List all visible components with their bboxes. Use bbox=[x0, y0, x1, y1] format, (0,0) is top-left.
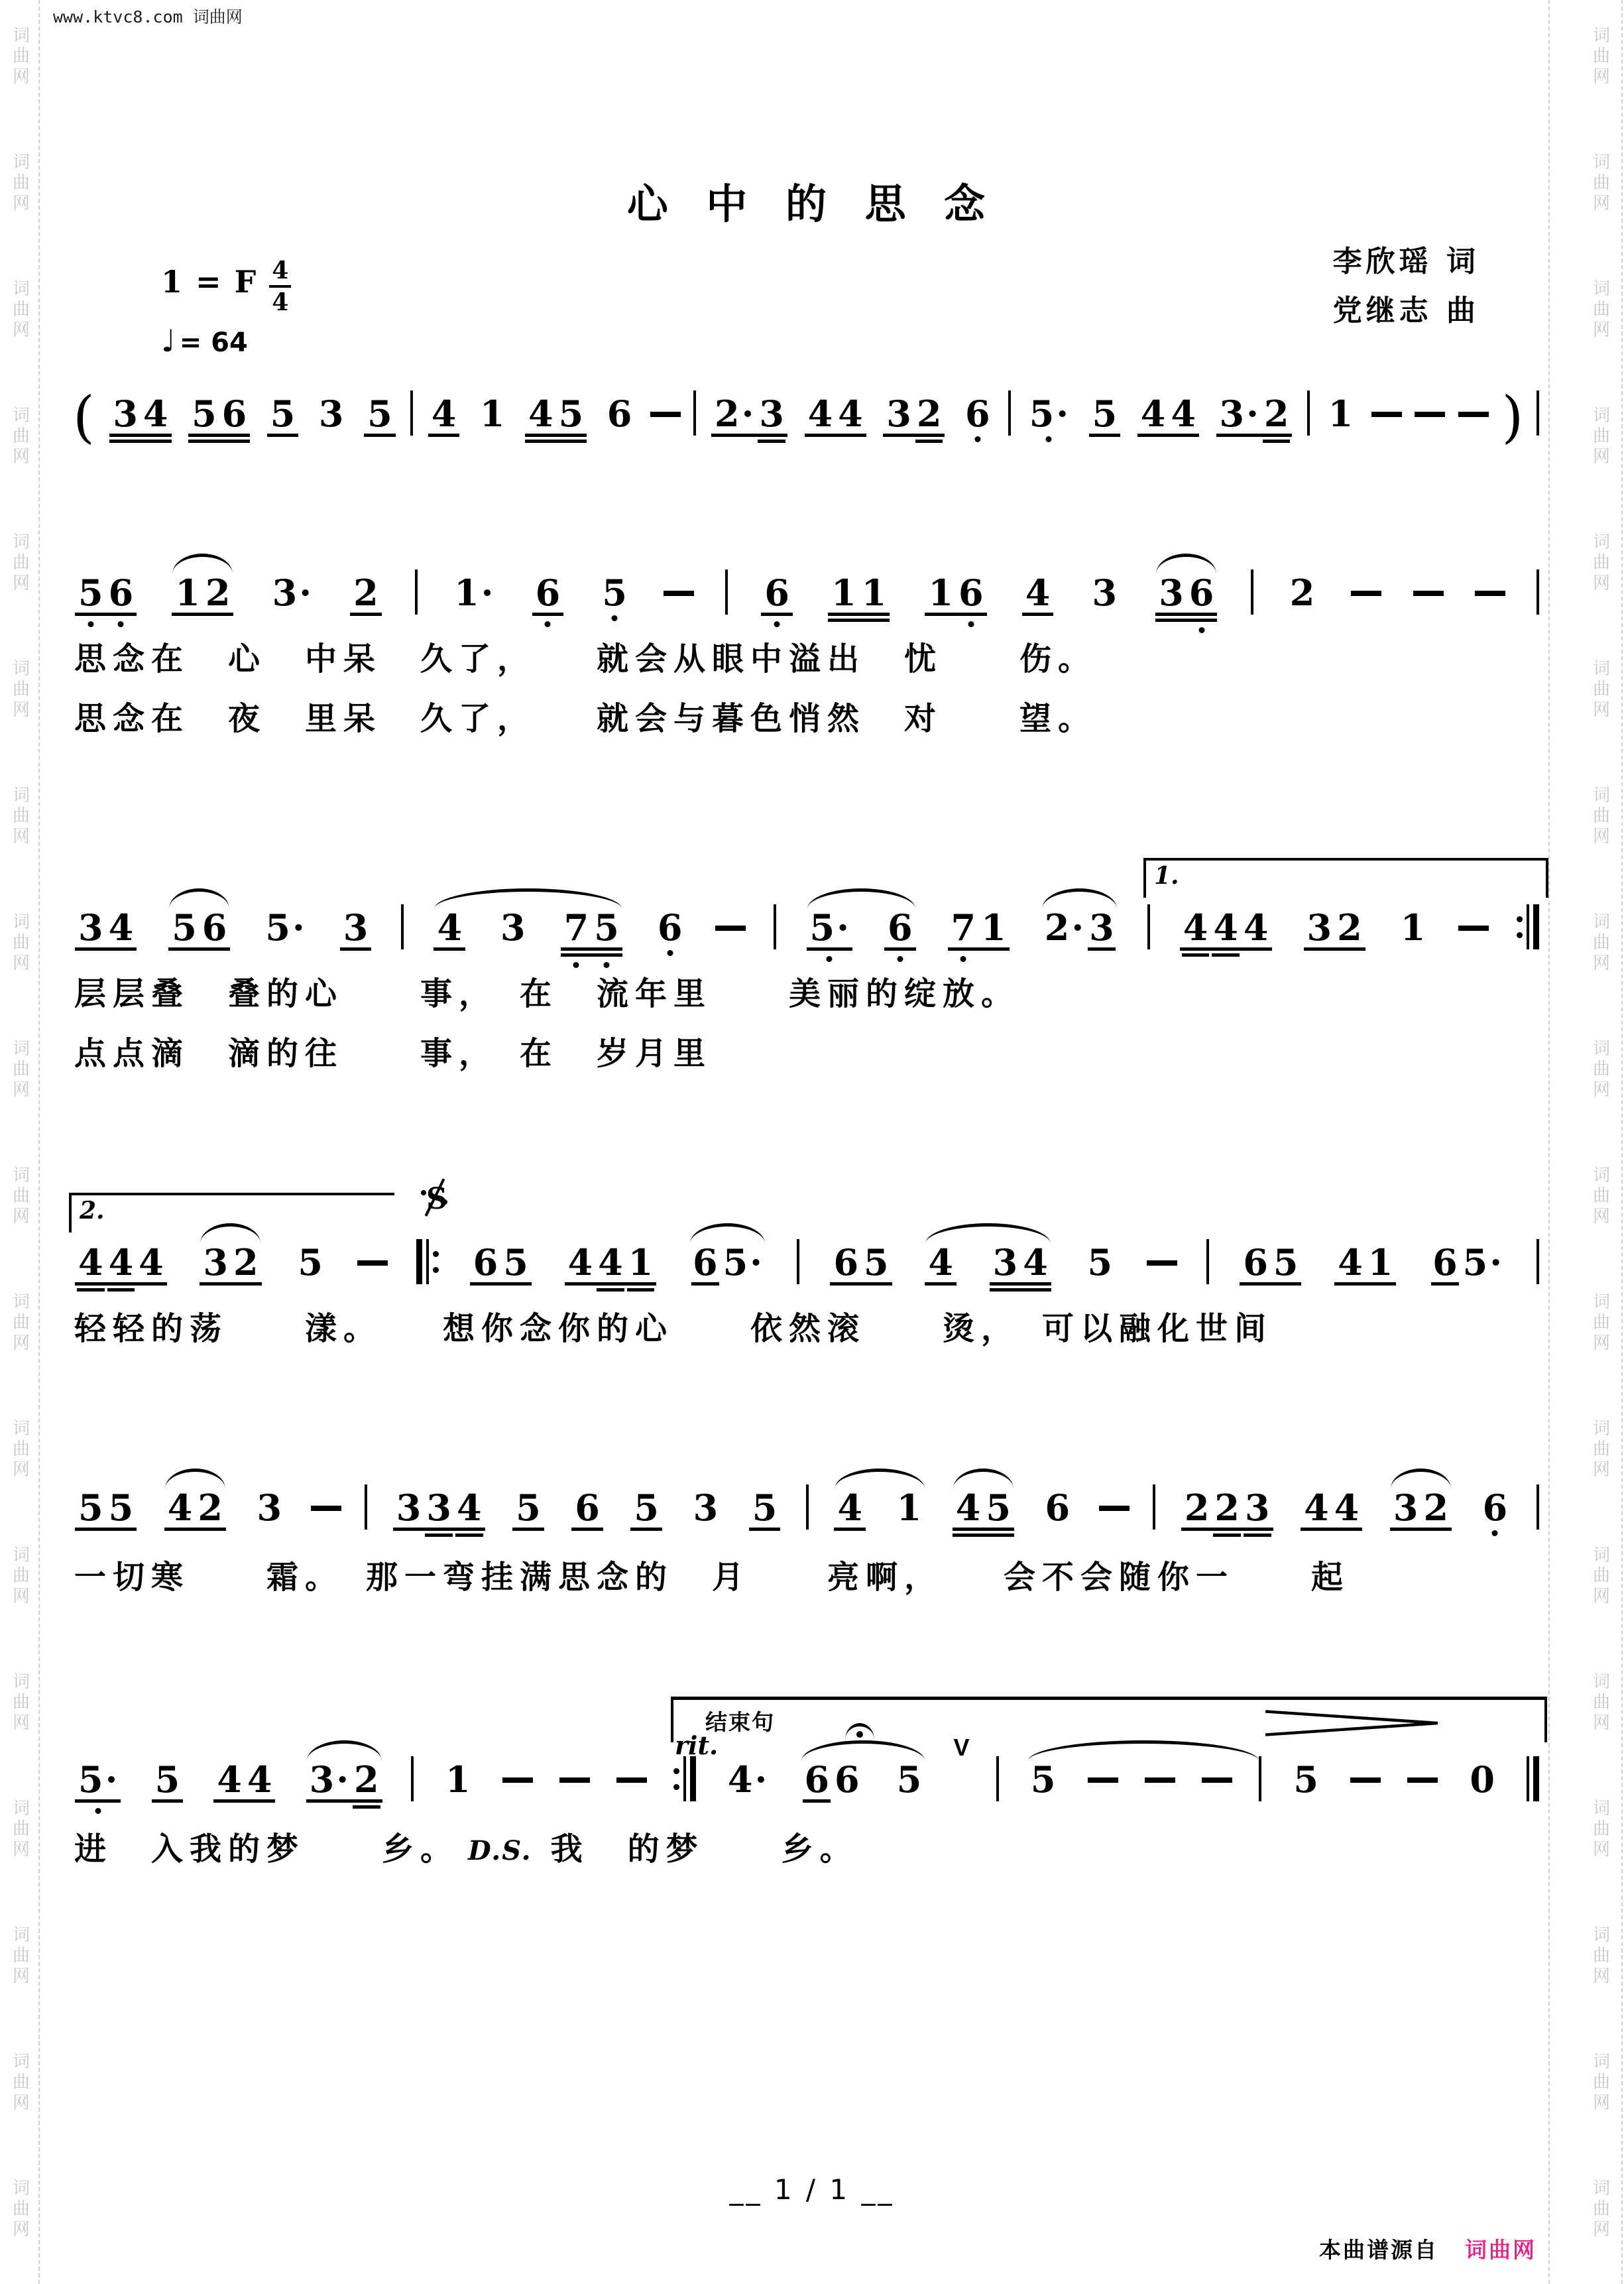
note: 6 bbox=[655, 910, 685, 945]
note: 6 bbox=[885, 910, 915, 945]
note: 5 bbox=[1271, 1244, 1301, 1280]
duration-dash bbox=[1415, 412, 1445, 417]
duration-dash bbox=[311, 1506, 341, 1511]
note-group: 11 bbox=[826, 575, 892, 633]
octave-dot-low bbox=[827, 956, 833, 962]
barline bbox=[1008, 391, 1011, 436]
octave-dot-low bbox=[95, 1808, 101, 1814]
note: 5 bbox=[365, 396, 395, 432]
note: 6 bbox=[762, 575, 792, 611]
note: 5 bbox=[1291, 1762, 1321, 1797]
barline bbox=[401, 904, 404, 949]
note: 4 bbox=[925, 1244, 956, 1280]
octave-dot-low bbox=[897, 956, 903, 962]
volta-bracket: 1. bbox=[1143, 858, 1548, 898]
note: 4 bbox=[565, 1244, 596, 1280]
watermark-text: 词曲网 bbox=[1584, 1165, 1619, 1227]
duration-dash bbox=[650, 412, 681, 417]
duration-dash bbox=[559, 1777, 590, 1783]
note-group: 0 bbox=[1464, 1762, 1500, 1820]
note-group: 32 bbox=[1302, 910, 1367, 968]
note-group: 5 bbox=[1025, 1762, 1061, 1820]
watermark-text: 词曲网 bbox=[4, 1798, 38, 1860]
barline bbox=[1206, 1239, 1209, 1284]
barline bbox=[1259, 1756, 1261, 1801]
note-group: 6 bbox=[960, 396, 996, 454]
note-group: 32 bbox=[881, 396, 947, 454]
note: 4 bbox=[835, 396, 866, 432]
note: 1 bbox=[443, 1762, 473, 1797]
volta-label: 1. bbox=[1146, 861, 1179, 890]
note: 3 bbox=[1391, 1490, 1421, 1526]
music-line-2: 34565·3437565·6712·34443211. bbox=[73, 842, 1539, 968]
page-number: __ 1 / 1 __ bbox=[0, 2173, 1624, 2206]
meter-numerator: 4 bbox=[269, 257, 291, 288]
note: 3 bbox=[1242, 1490, 1273, 1526]
note-group: 5 bbox=[892, 1762, 927, 1820]
note-group: 6 bbox=[602, 396, 638, 454]
note: 2 bbox=[1421, 1490, 1451, 1526]
note: 1· bbox=[451, 575, 496, 611]
slur-arc bbox=[307, 1740, 382, 1761]
note-group: 6 bbox=[1040, 1490, 1076, 1548]
lyrics-verse2-line2: 点点滴 滴的往 事， 在 岁月里 bbox=[74, 1028, 1539, 1073]
final-barline bbox=[1527, 1756, 1539, 1801]
note: 2 bbox=[231, 1244, 261, 1280]
duration-dash bbox=[1458, 412, 1489, 417]
note: 3· bbox=[270, 575, 314, 611]
watermark-text: 词曲网 bbox=[1584, 1925, 1619, 1986]
note: 5· bbox=[1460, 1244, 1505, 1280]
note-group: 2·3 bbox=[1039, 910, 1120, 968]
repeat-start-barline bbox=[416, 1239, 439, 1284]
note-group: 6 bbox=[530, 575, 566, 633]
note: 3· bbox=[1217, 396, 1261, 432]
note: 4 bbox=[805, 396, 836, 432]
watermark-text: 词曲网 bbox=[1584, 2051, 1619, 2113]
lyrics-line4: 一切寒 霜。 那一弯挂满思念的 月 亮啊， 会不会随你一 起 bbox=[74, 1551, 1539, 1597]
music-line-4: 55423334565354145622344326 bbox=[73, 1422, 1539, 1548]
octave-dot-low bbox=[1492, 1530, 1498, 1536]
note: 6 bbox=[1187, 575, 1217, 611]
rit-marking: rit. bbox=[675, 1730, 718, 1760]
note: 2· bbox=[1042, 910, 1086, 945]
key-signature: 1 = F 4 4 bbox=[161, 264, 291, 322]
meter-denominator: 4 bbox=[272, 288, 288, 316]
source-brand: 词曲网 bbox=[1465, 2238, 1537, 2262]
note-group: 3·2 bbox=[1214, 396, 1295, 454]
note: 7 bbox=[949, 910, 979, 945]
note-group: 223 bbox=[1179, 1490, 1275, 1548]
note-group: 3· bbox=[267, 575, 317, 633]
lyrics-line3: 轻轻的荡 漾。 想你念你的心 依然滚 烫， 可以融化世间 bbox=[74, 1303, 1539, 1349]
note: 6 bbox=[962, 396, 993, 432]
note: 5 bbox=[631, 1490, 662, 1526]
duration-dash bbox=[1099, 1506, 1130, 1511]
note-group: 3 bbox=[338, 910, 374, 968]
note: 5· bbox=[76, 1762, 120, 1797]
music-line-5: 5·5443·214·665V550结束句rit. bbox=[73, 1694, 1539, 1820]
watermark-text: 词曲网 bbox=[4, 1165, 38, 1227]
note-group: 2 bbox=[348, 575, 384, 633]
credits-block: 李欣瑶 词 党继志 曲 bbox=[1333, 237, 1479, 335]
note-group: 4 bbox=[432, 910, 467, 968]
duration-dash bbox=[1202, 1777, 1232, 1783]
note: 4 bbox=[1335, 1244, 1365, 1280]
duration-dash bbox=[1371, 412, 1402, 417]
note: 4 bbox=[214, 1762, 245, 1797]
watermark-text: 词曲网 bbox=[1584, 1671, 1619, 1733]
barline bbox=[797, 1239, 799, 1284]
slur-arc bbox=[953, 1469, 1014, 1489]
note-group: 56 bbox=[186, 396, 252, 454]
note-group: 32 bbox=[198, 1244, 263, 1303]
watermark-text: 词曲网 bbox=[4, 1925, 38, 1986]
note-group: 444 bbox=[73, 1244, 169, 1303]
note: 1 bbox=[894, 1490, 925, 1526]
note-group: 5 bbox=[265, 396, 301, 454]
note: 2 bbox=[195, 1490, 225, 1526]
note: 5 bbox=[556, 396, 587, 432]
barline bbox=[410, 391, 413, 436]
note: 4 bbox=[141, 396, 171, 432]
barline bbox=[725, 570, 728, 615]
note: 2 bbox=[1212, 1490, 1242, 1526]
note-group: 65· bbox=[1427, 1244, 1507, 1303]
note: 4 bbox=[245, 1762, 275, 1797]
note: 3 bbox=[1089, 575, 1120, 611]
note-group: 1 bbox=[440, 1762, 476, 1820]
note: 1 bbox=[1398, 910, 1428, 945]
slur-arc bbox=[835, 1469, 925, 1489]
note: 4 bbox=[1241, 910, 1271, 945]
note-group: 3 bbox=[688, 1490, 724, 1548]
note: 5 bbox=[268, 396, 298, 432]
watermark-text: 词曲网 bbox=[4, 1292, 38, 1353]
duration-dash bbox=[1147, 1260, 1177, 1266]
note: 2 bbox=[1261, 396, 1292, 432]
slur-arc bbox=[801, 1740, 925, 1761]
note: 4 bbox=[1023, 575, 1053, 611]
note: 4 bbox=[835, 1490, 865, 1526]
slur-arc bbox=[165, 1469, 225, 1489]
note-group: 44 bbox=[1135, 396, 1201, 454]
key-label: 1 = F bbox=[161, 264, 257, 300]
volta-bracket: 2. bbox=[69, 1193, 394, 1232]
note: 3 bbox=[498, 910, 528, 945]
right-edge-dashed-border bbox=[1621, 0, 1623, 2284]
note: 5· bbox=[721, 1244, 765, 1280]
note: 6 bbox=[605, 396, 635, 432]
note: 6 bbox=[572, 1490, 603, 1526]
note: 6 bbox=[471, 1244, 501, 1280]
note-group: 444 bbox=[1178, 910, 1274, 968]
duration-dash bbox=[1458, 926, 1489, 931]
barline bbox=[365, 1484, 367, 1530]
repeat-end-barline bbox=[673, 1756, 696, 1801]
note-group: 5 bbox=[362, 396, 398, 454]
note: 4 bbox=[454, 1490, 485, 1526]
watermark-text: 词曲网 bbox=[1584, 1545, 1619, 1606]
note: 4 bbox=[1210, 910, 1241, 945]
note: 5 bbox=[1090, 396, 1120, 432]
note: 4 bbox=[76, 1244, 106, 1280]
note-group: 5· bbox=[73, 1762, 123, 1820]
note-group: 4 bbox=[923, 1244, 958, 1303]
watermark-text: 词曲网 bbox=[1584, 912, 1619, 973]
note: 4 bbox=[165, 1490, 196, 1526]
note: 5 bbox=[189, 396, 219, 432]
watermark-text: 词曲网 bbox=[4, 405, 38, 467]
note-group: 65 bbox=[1238, 1244, 1303, 1303]
watermark-text: 词曲网 bbox=[4, 2051, 38, 2113]
note: 3 bbox=[756, 396, 787, 432]
note: 5 bbox=[152, 1762, 183, 1797]
watermark-text: 词曲网 bbox=[4, 1671, 38, 1733]
source-prefix: 本曲谱源自 bbox=[1319, 2238, 1438, 2262]
music-line-3: 4443256544165·654345654165·2.S bbox=[73, 1177, 1539, 1303]
note: 6 bbox=[106, 575, 137, 611]
watermark-text: 词曲网 bbox=[4, 1545, 38, 1606]
note: 4· bbox=[725, 1762, 770, 1797]
right-dashed-border bbox=[1548, 0, 1550, 2284]
note-group: 16 bbox=[923, 575, 988, 633]
watermark-text: 词曲网 bbox=[1584, 405, 1619, 467]
note-group: 6 bbox=[882, 910, 918, 968]
note-group: 65 bbox=[468, 1244, 534, 1303]
lyrics-verse1-line2: 层层叠 叠的心 事， 在 流年里 美丽的绽放。 bbox=[74, 968, 1539, 1014]
watermark-text: 词曲网 bbox=[1584, 1038, 1619, 1100]
watermark-text: 词曲网 bbox=[1584, 25, 1619, 87]
octave-dot-low bbox=[545, 621, 551, 627]
note: 4 bbox=[1181, 910, 1211, 945]
note: 3 bbox=[1156, 575, 1187, 611]
note: 1 bbox=[829, 575, 859, 611]
sheet-music-page: www.ktvc8.com 词曲网 词曲网词曲网词曲网词曲网词曲网词曲网词曲网词… bbox=[0, 0, 1624, 2284]
note: 3 bbox=[341, 910, 371, 945]
note-group: 3 bbox=[1086, 575, 1122, 633]
barline bbox=[774, 904, 776, 949]
note-group: 56 bbox=[73, 575, 139, 633]
note-group: 1 bbox=[1395, 910, 1431, 968]
note-group: 1 bbox=[1323, 396, 1359, 454]
note-group: 4 bbox=[1020, 575, 1056, 633]
watermark-text: 词曲网 bbox=[1584, 1292, 1619, 1353]
barline bbox=[693, 391, 696, 436]
octave-dot-low bbox=[774, 621, 780, 627]
note-group: 4 bbox=[426, 396, 462, 454]
note-group: 3 bbox=[495, 910, 531, 968]
slur-arc bbox=[690, 1223, 765, 1244]
music-line-intro: (3456535414562·3443265·5443·21) bbox=[73, 328, 1539, 454]
note-group: 65 bbox=[828, 1244, 894, 1303]
note: 5· bbox=[262, 910, 307, 945]
note-group: 5· bbox=[260, 910, 310, 968]
barline bbox=[806, 1484, 809, 1530]
note: 5 bbox=[106, 1490, 137, 1526]
barline bbox=[1307, 391, 1310, 436]
duration-dash bbox=[664, 591, 694, 596]
watermark-right-column: 词曲网词曲网词曲网词曲网词曲网词曲网词曲网词曲网词曲网词曲网词曲网词曲网词曲网词… bbox=[1584, 0, 1619, 2284]
note: 6 bbox=[1240, 1244, 1271, 1280]
note-group: 44 bbox=[211, 1762, 277, 1820]
left-dashed-border bbox=[38, 0, 40, 2284]
note: 4 bbox=[1168, 396, 1198, 432]
note-group: 5 bbox=[1288, 1762, 1324, 1820]
note: 5 bbox=[750, 1490, 780, 1526]
note-group: 5· bbox=[1024, 396, 1074, 454]
note: 2 bbox=[1287, 575, 1318, 611]
note: 4 bbox=[106, 1244, 137, 1280]
note-group: 32 bbox=[1388, 1490, 1454, 1548]
slur-arc bbox=[925, 1223, 1051, 1244]
note: 3· bbox=[307, 1762, 351, 1797]
note: 1 bbox=[626, 1244, 656, 1280]
note: 4 bbox=[1138, 396, 1169, 432]
barline bbox=[1537, 570, 1539, 615]
segno-icon: S bbox=[421, 1178, 449, 1218]
watermark-text: 词曲网 bbox=[1584, 658, 1619, 720]
lyrics-line5: 进 入我的梦 乡。D.S.我 的梦 乡。 bbox=[74, 1823, 1539, 1869]
note: 5 bbox=[861, 1244, 892, 1280]
note: 1 bbox=[859, 575, 890, 611]
note-group: 6 bbox=[652, 910, 688, 968]
watermark-text: 词曲网 bbox=[4, 658, 38, 720]
watermark-text: 词曲网 bbox=[1584, 278, 1619, 340]
note: 6 bbox=[956, 575, 986, 611]
note: 5 bbox=[76, 1490, 106, 1526]
barline bbox=[1153, 1484, 1155, 1530]
note: 5 bbox=[169, 910, 200, 945]
decrescendo-hairpin bbox=[1265, 1709, 1438, 1738]
lyricist-credit: 李欣瑶 词 bbox=[1333, 237, 1479, 286]
barline bbox=[411, 1756, 414, 1801]
note: 5 bbox=[513, 1490, 544, 1526]
note-group: 65· bbox=[687, 1244, 768, 1303]
note: 7 bbox=[561, 910, 592, 945]
duration-dash bbox=[1350, 1777, 1381, 1783]
note: 4 bbox=[1020, 1244, 1051, 1280]
note: 4 bbox=[526, 396, 556, 432]
duration-dash bbox=[1145, 1777, 1175, 1783]
lyrics-pre: 进 入我的梦 乡。 bbox=[74, 1832, 459, 1867]
watermark-text: 词曲网 bbox=[1584, 1798, 1619, 1860]
note: 1 bbox=[172, 575, 203, 611]
note-group: 4 bbox=[832, 1490, 868, 1548]
note-group: 1· bbox=[449, 575, 498, 633]
note-group: 45 bbox=[523, 396, 589, 454]
note-group: 3 bbox=[314, 396, 349, 454]
note-group: 34 bbox=[73, 910, 139, 968]
note: 6 bbox=[1480, 1490, 1511, 1526]
note: 4 bbox=[106, 910, 137, 945]
note-group: 5 bbox=[1082, 1244, 1118, 1303]
note-group: 45 bbox=[951, 1490, 1016, 1548]
note-group: 6 bbox=[569, 1490, 605, 1548]
note: 4 bbox=[1332, 1490, 1362, 1526]
note-group: 5 bbox=[150, 1762, 186, 1820]
duration-dash bbox=[616, 1777, 647, 1783]
note: 0 bbox=[1467, 1762, 1497, 1797]
note: 3 bbox=[990, 1244, 1021, 1280]
barline bbox=[996, 1756, 999, 1801]
duration-dash bbox=[502, 1777, 533, 1783]
note-group: 3·2 bbox=[304, 1762, 384, 1820]
note: 3 bbox=[76, 910, 106, 945]
watermark-text: 词曲网 bbox=[4, 25, 38, 87]
note-group: 44 bbox=[1299, 1490, 1364, 1548]
watermark-left-column: 词曲网词曲网词曲网词曲网词曲网词曲网词曲网词曲网词曲网词曲网词曲网词曲网词曲网词… bbox=[4, 0, 38, 2284]
note: 5 bbox=[500, 1244, 531, 1280]
note-group: 5 bbox=[747, 1490, 783, 1548]
note: 6 bbox=[1430, 1244, 1460, 1280]
slur-arc bbox=[1042, 888, 1117, 909]
note: 5 bbox=[894, 1762, 925, 1797]
note: 3 bbox=[316, 396, 347, 432]
note-group: 36 bbox=[1153, 575, 1219, 633]
duration-dash bbox=[1088, 1777, 1118, 1783]
note: 4 bbox=[595, 1244, 626, 1280]
barline bbox=[1537, 1484, 1539, 1530]
slur-arc bbox=[1028, 1740, 1259, 1761]
note: 5 bbox=[1085, 1244, 1116, 1280]
watermark-text: 词曲网 bbox=[4, 912, 38, 973]
watermark-top-left: www.ktvc8.com 词曲网 bbox=[53, 4, 243, 28]
note: 4 bbox=[434, 910, 465, 945]
duration-dash bbox=[715, 926, 746, 931]
barline bbox=[415, 570, 418, 615]
note-group: 71 bbox=[946, 910, 1012, 968]
lyrics-verse2-line1: 思念在 夜 里呆 久了， 就会与暮色悄然 对 望。 bbox=[74, 693, 1539, 739]
octave-dot-low bbox=[604, 962, 610, 968]
note-group: 5 bbox=[1087, 396, 1123, 454]
octave-dot-low bbox=[1046, 436, 1052, 442]
note: 3 bbox=[394, 1490, 424, 1526]
note: 1 bbox=[978, 910, 1009, 945]
ds-al-segno-marking: D.S. bbox=[468, 1835, 532, 1866]
slur-arc bbox=[172, 554, 233, 574]
note: 2 bbox=[351, 575, 381, 611]
note: 2· bbox=[712, 396, 756, 432]
barline bbox=[1251, 570, 1253, 615]
watermark-text: 词曲网 bbox=[4, 278, 38, 340]
open-paren: ( bbox=[73, 389, 95, 445]
note: 1 bbox=[1326, 396, 1356, 432]
note: 3 bbox=[424, 1490, 454, 1526]
watermark-text: 词曲网 bbox=[1584, 1418, 1619, 1480]
duration-dash bbox=[1475, 591, 1505, 596]
note: 5 bbox=[591, 910, 622, 945]
lyrics-post: 我 的梦 乡。 bbox=[551, 1832, 858, 1867]
note: 3 bbox=[200, 1244, 231, 1280]
note-group: 6 bbox=[759, 575, 795, 633]
note: 6 bbox=[533, 575, 563, 611]
duration-dash bbox=[1407, 1777, 1438, 1783]
duration-dash bbox=[1413, 591, 1444, 596]
note: 2 bbox=[914, 396, 945, 432]
note-group: 66 bbox=[799, 1762, 864, 1820]
note: 2 bbox=[351, 1762, 382, 1797]
note: 2 bbox=[1182, 1490, 1212, 1526]
note: 3 bbox=[110, 396, 141, 432]
octave-dot-low bbox=[1198, 627, 1204, 633]
note-group: 441 bbox=[563, 1244, 659, 1303]
barline bbox=[1537, 1239, 1539, 1284]
note: 6 bbox=[832, 1762, 862, 1797]
volta-label: 2. bbox=[72, 1195, 105, 1225]
music-line-1: 56123·21·656111643362 bbox=[73, 507, 1539, 633]
watermark-text: 词曲网 bbox=[4, 785, 38, 847]
